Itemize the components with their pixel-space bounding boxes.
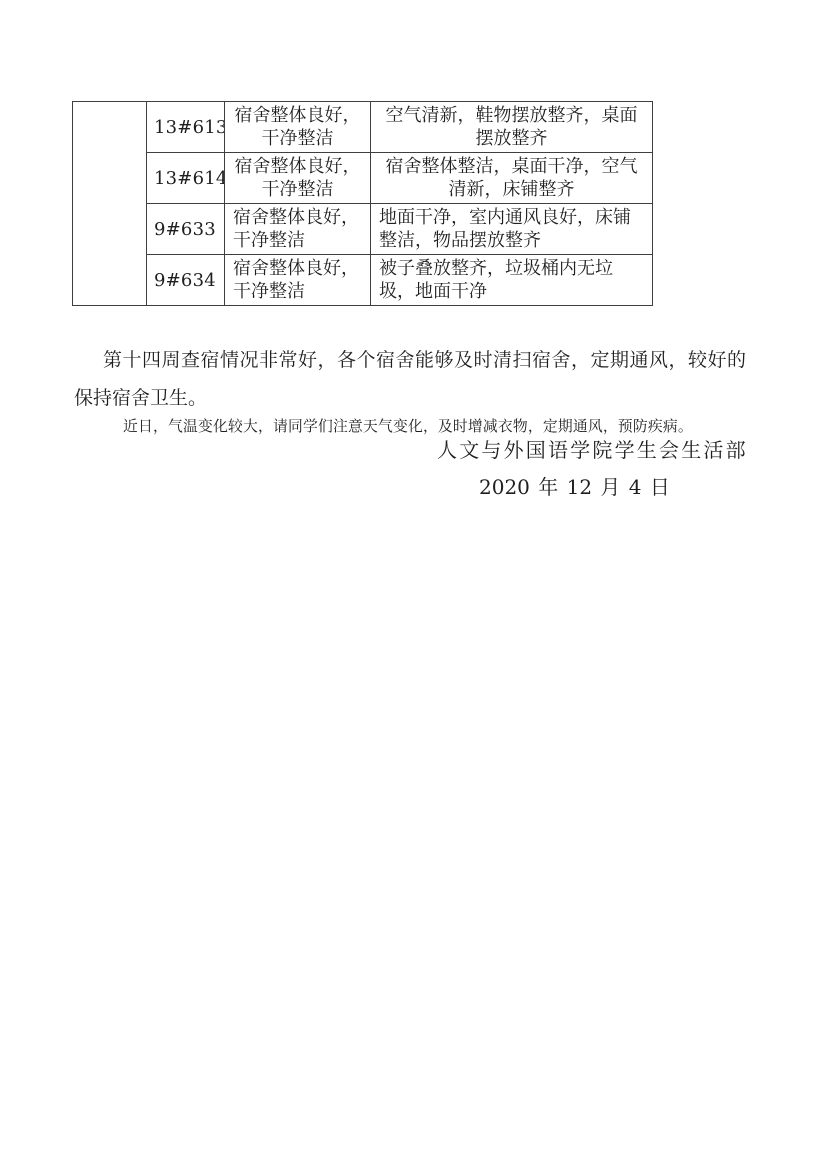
room-number-cell: 13#613 [147, 102, 225, 153]
document-page: 13#613 宿舍整体良好，干净整洁 空气清新，鞋物摆放整齐，桌面摆放整齐 13… [0, 0, 827, 1170]
room-number-cell: 9#634 [147, 255, 225, 306]
overall-condition-cell: 宿舍整体良好，干净整洁 [225, 255, 371, 306]
merged-empty-cell [73, 102, 147, 306]
table-row: 13#614 宿舍整体良好，干净整洁 宿舍整体整洁，桌面干净，空气清新，床铺整齐 [73, 153, 653, 204]
detail-remarks-cell: 宿舍整体整洁，桌面干净，空气清新，床铺整齐 [371, 153, 653, 204]
detail-remarks-cell: 空气清新，鞋物摆放整齐，桌面摆放整齐 [371, 102, 653, 153]
date-line: 2020 年 12 月 4 日 [479, 476, 670, 498]
detail-remarks-cell: 被子叠放整齐，垃圾桶内无垃圾，地面干净 [371, 255, 653, 306]
summary-paragraph: 第十四周查宿情况非常好，各个宿舍能够及时清扫宿舍，定期通风，较好的保持宿舍卫生。 [74, 341, 746, 417]
room-number-cell: 13#614 [147, 153, 225, 204]
overall-condition-cell: 宿舍整体良好，干净整洁 [225, 204, 371, 255]
signature-line: 人文与外国语学院学生会生活部 [437, 438, 748, 462]
overall-condition-cell: 宿舍整体良好，干净整洁 [225, 153, 371, 204]
weather-notice-paragraph: 近日，气温变化较大，请同学们注意天气变化，及时增减衣物，定期通风，预防疾病。 [73, 416, 823, 437]
room-number-cell: 9#633 [147, 204, 225, 255]
overall-condition-cell: 宿舍整体良好，干净整洁 [225, 102, 371, 153]
table-row: 9#634 宿舍整体良好，干净整洁 被子叠放整齐，垃圾桶内无垃圾，地面干净 [73, 255, 653, 306]
table-row: 9#633 宿舍整体良好，干净整洁 地面干净，室内通风良好，床铺整洁，物品摆放整… [73, 204, 653, 255]
detail-remarks-cell: 地面干净，室内通风良好，床铺整洁，物品摆放整齐 [371, 204, 653, 255]
dorm-inspection-table: 13#613 宿舍整体良好，干净整洁 空气清新，鞋物摆放整齐，桌面摆放整齐 13… [72, 101, 653, 306]
table-row: 13#613 宿舍整体良好，干净整洁 空气清新，鞋物摆放整齐，桌面摆放整齐 [73, 102, 653, 153]
